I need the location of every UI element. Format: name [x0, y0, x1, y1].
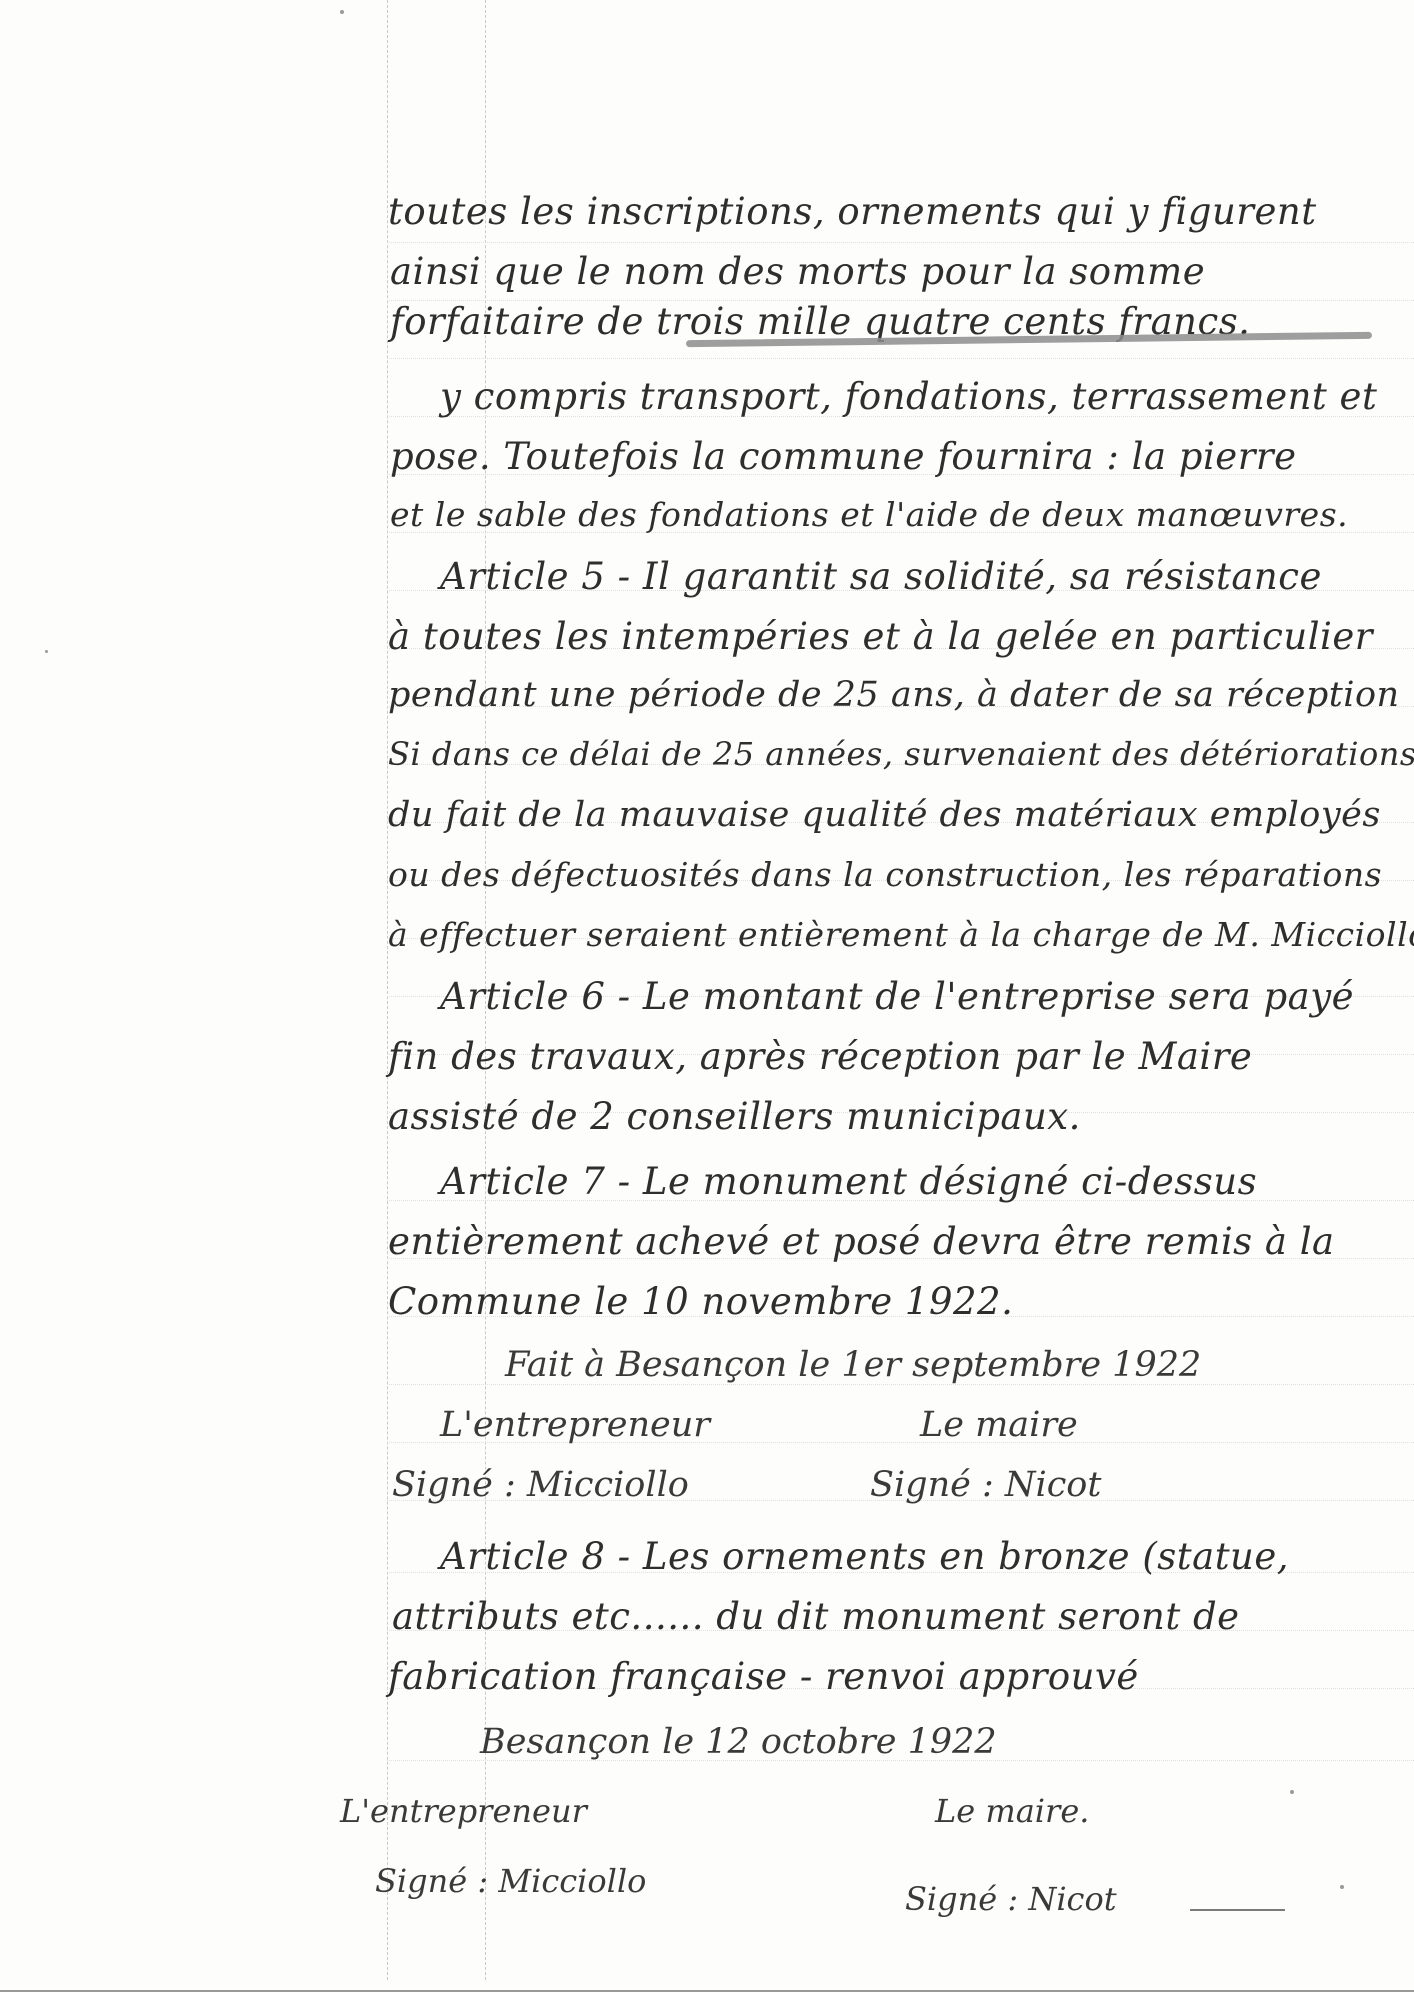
ruled-line	[387, 358, 1414, 359]
first-left-signature: Signé : Micciollo	[392, 1465, 689, 1505]
article-6-heading: Article 6 - Le montant de l'entreprise s…	[440, 975, 1354, 1018]
paper-speck	[340, 10, 344, 14]
document-page: toutes les inscriptions, ornements qui y…	[0, 0, 1414, 1992]
signature-tail-stroke	[1190, 1909, 1285, 1911]
article-7-heading: Article 7 - Le monument désigné ci-dessu…	[440, 1160, 1257, 1203]
article-8-heading: Article 8 - Les ornements en bronze (sta…	[440, 1535, 1289, 1578]
text-line-19: Commune le 10 novembre 1922.	[388, 1280, 1013, 1323]
ruled-line	[387, 242, 1414, 243]
text-line-15: fin des travaux, après réception par le …	[388, 1035, 1252, 1078]
second-left-signature: Signé : Micciollo	[375, 1862, 646, 1900]
text-line-10: Si dans ce délai de 25 années, survenaie…	[388, 735, 1414, 773]
text-line-9: pendant une période de 25 ans, à dater d…	[388, 675, 1400, 715]
second-right-signature: Signé : Nicot	[905, 1880, 1117, 1918]
text-line-13: à effectuer seraient entièrement à la ch…	[388, 915, 1414, 954]
text-line-18: entièrement achevé et posé devra être re…	[388, 1220, 1335, 1263]
text-line-4: y compris transport, fondations, terrass…	[440, 375, 1377, 418]
article-8-line-2: attributs etc...... du dit monument sero…	[392, 1595, 1240, 1638]
second-right-title: Le maire.	[935, 1792, 1089, 1830]
first-left-title: L'entrepreneur	[440, 1405, 710, 1445]
text-line-11: du fait de la mauvaise qualité des matér…	[388, 795, 1381, 835]
paper-speck	[1290, 1790, 1294, 1794]
text-line-2: ainsi que le nom des morts pour la somme	[390, 250, 1205, 293]
first-right-title: Le maire	[920, 1405, 1078, 1445]
first-place-date: Fait à Besançon le 1er septembre 1922	[505, 1345, 1201, 1385]
article-5-heading: Article 5 - Il garantit sa solidité, sa …	[440, 555, 1322, 598]
second-place-date: Besançon le 12 octobre 1922	[480, 1722, 997, 1762]
text-line-5: pose. Toutefois la commune fournira : la…	[390, 435, 1296, 478]
first-right-signature: Signé : Nicot	[870, 1465, 1101, 1505]
paper-speck	[45, 650, 48, 653]
text-line-16: assisté de 2 conseillers municipaux.	[388, 1095, 1081, 1138]
paper-speck	[1340, 1885, 1344, 1889]
second-left-title: L'entrepreneur	[340, 1792, 587, 1830]
text-line-6: et le sable des fondations et l'aide de …	[390, 495, 1348, 534]
text-line-1: toutes les inscriptions, ornements qui y…	[388, 190, 1317, 233]
text-line-12: ou des défectuosités dans la constructio…	[388, 855, 1382, 894]
text-line-8: à toutes les intempéries et à la gelée e…	[388, 615, 1373, 658]
article-8-line-3: fabrication française - renvoi approuvé	[388, 1655, 1139, 1698]
